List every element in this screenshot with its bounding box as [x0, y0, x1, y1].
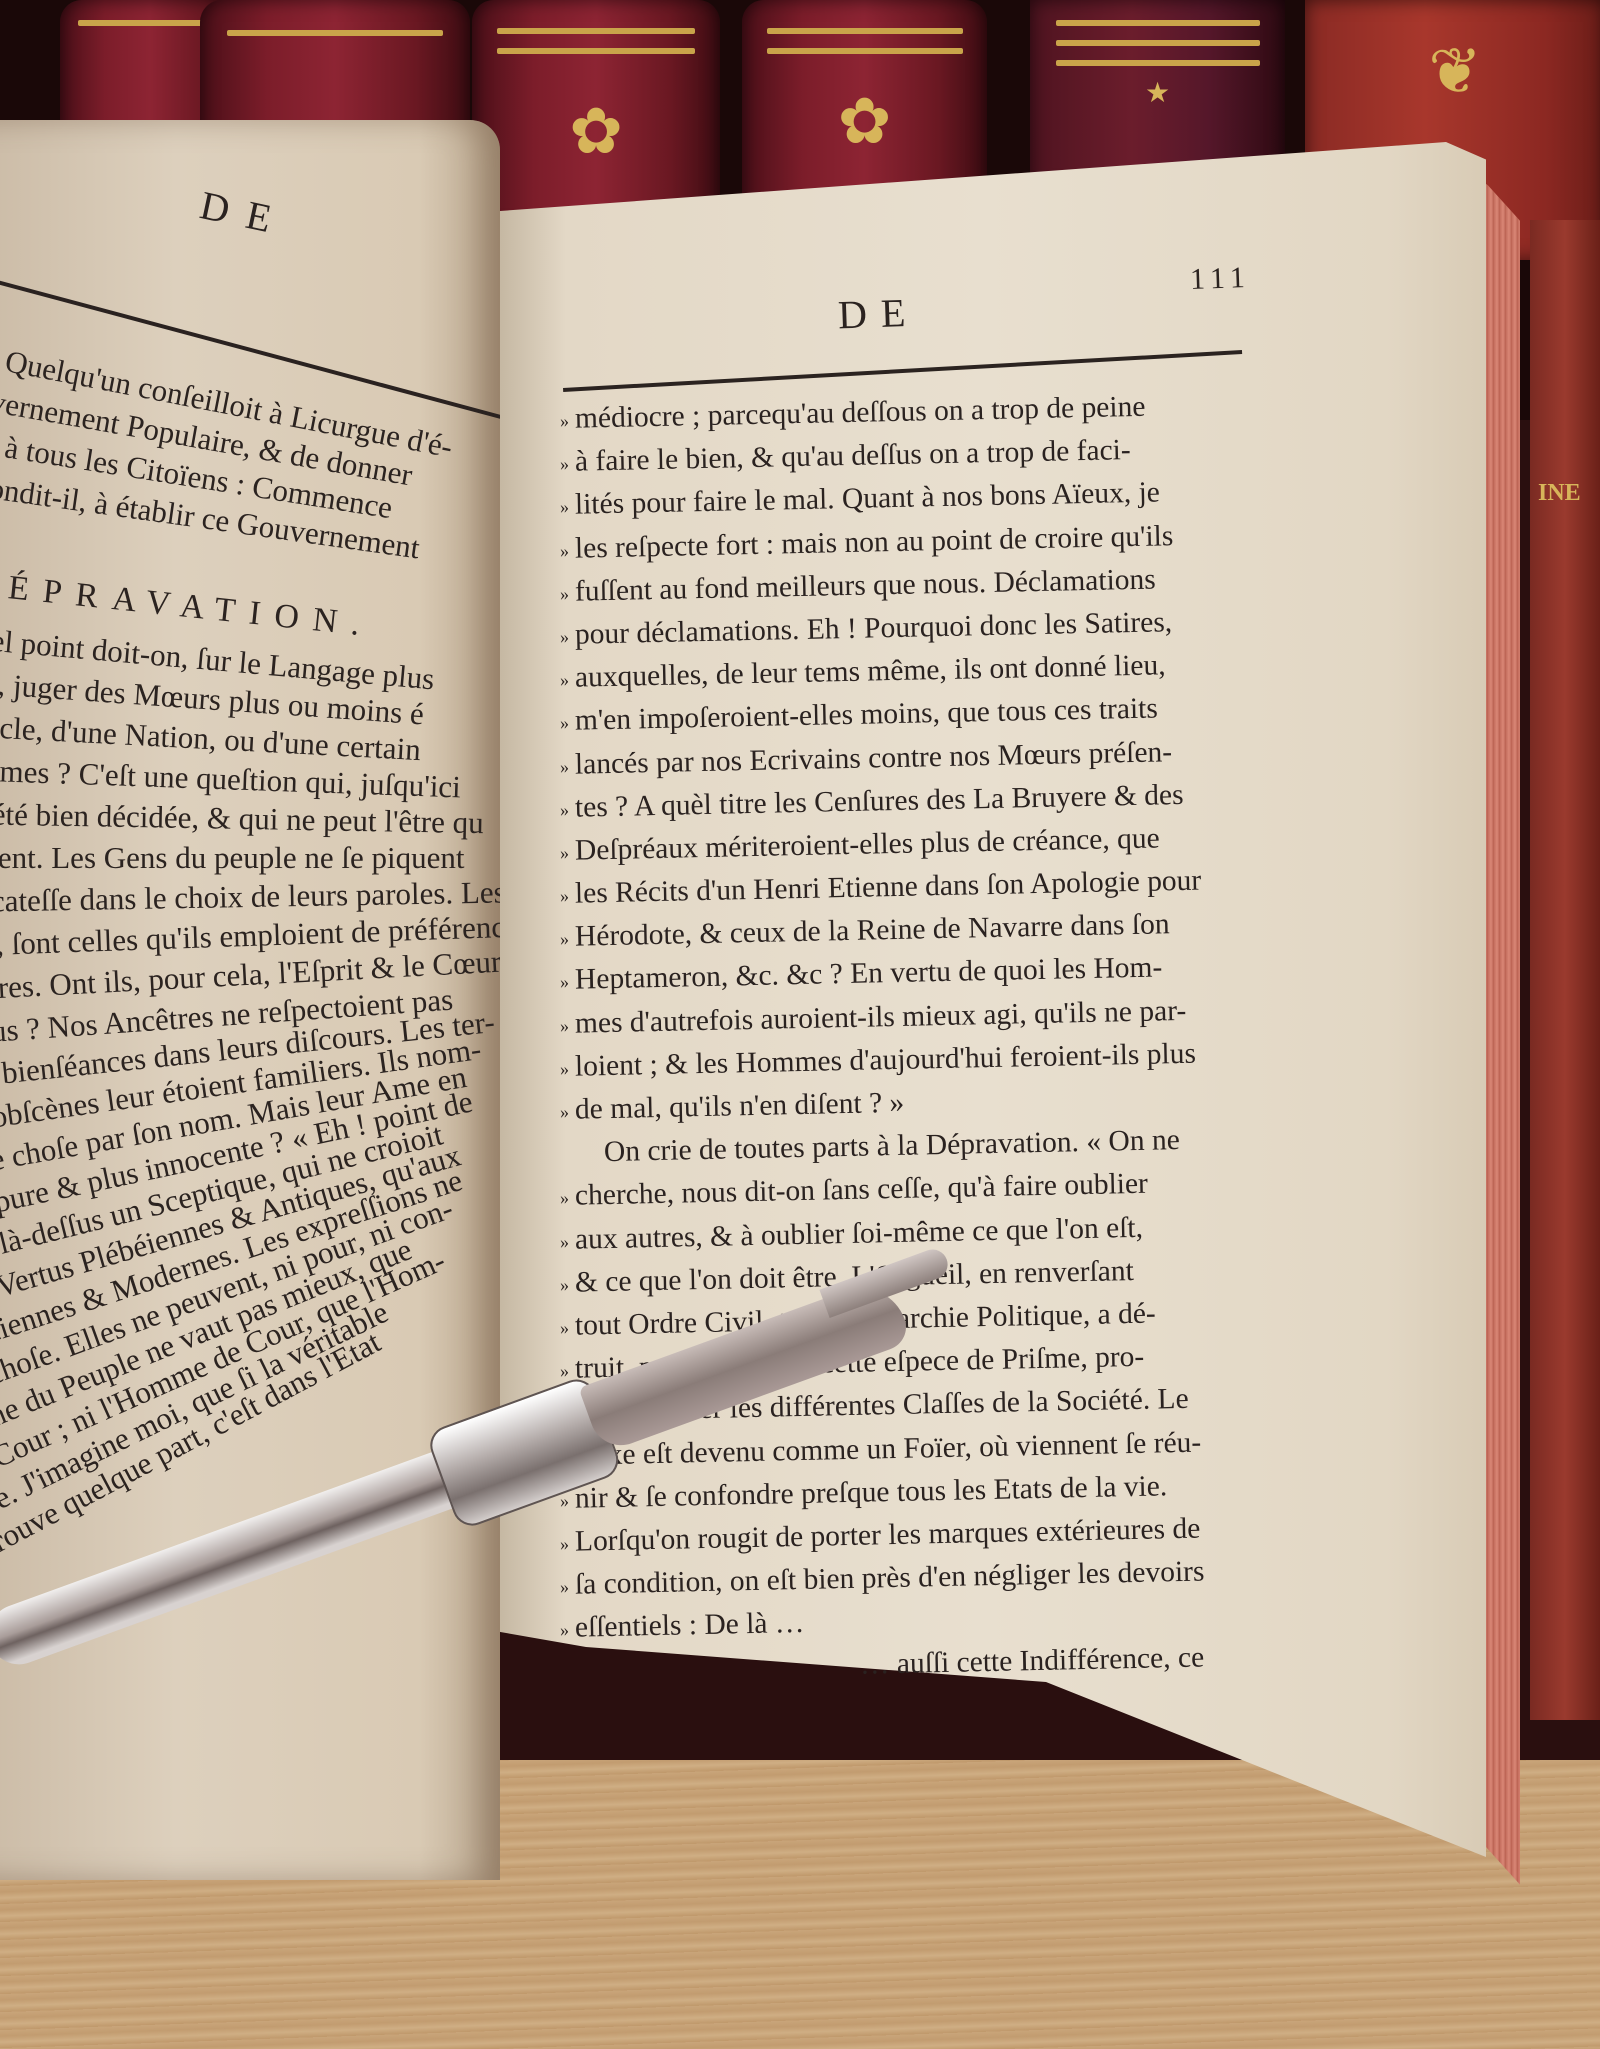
page-number: 111 [1189, 261, 1251, 297]
right-running-head: DE [837, 289, 920, 339]
fleuron-ornament-icon: ❦ [1428, 40, 1482, 104]
spine-label: INE [1538, 480, 1581, 507]
flower-ornament-icon: ✿ [838, 90, 892, 154]
left-running-head: DE [196, 181, 293, 246]
flower-ornament-icon: ✿ [569, 100, 623, 164]
adjacent-book-spine: INE [1530, 220, 1600, 1720]
star-ornament-icon: ★ [1145, 80, 1170, 108]
book-spine: ✿ [472, 0, 720, 230]
right-page-text: »médiocre ; parcequ'au deſſous on a trop… [560, 398, 1280, 1694]
